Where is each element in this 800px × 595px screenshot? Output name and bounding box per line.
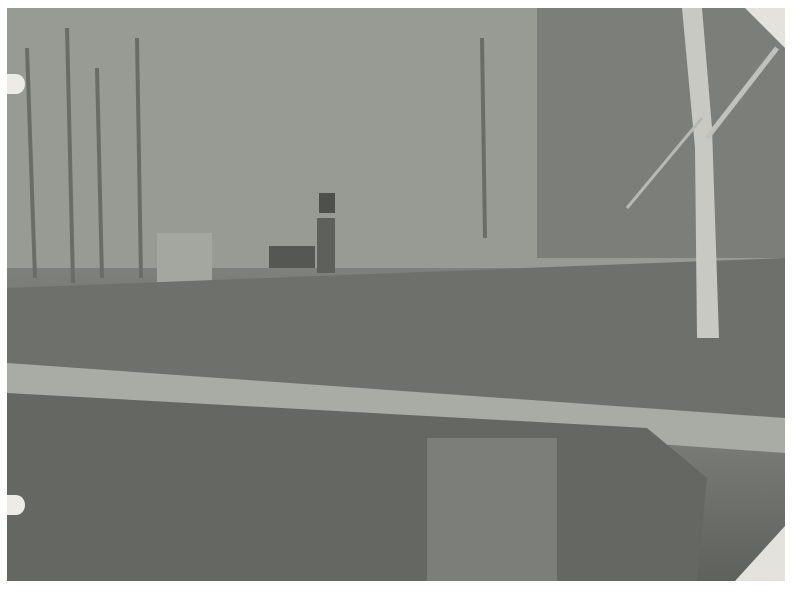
scene [7,8,785,581]
bench [269,246,315,268]
mounting-tab [7,495,25,515]
dark-wall-background [537,8,785,258]
glass-plate-photo [7,8,785,581]
stone-pillar [317,218,335,273]
mounting-tab [7,74,25,94]
urn [319,193,335,213]
puddle-reflection [427,438,557,581]
